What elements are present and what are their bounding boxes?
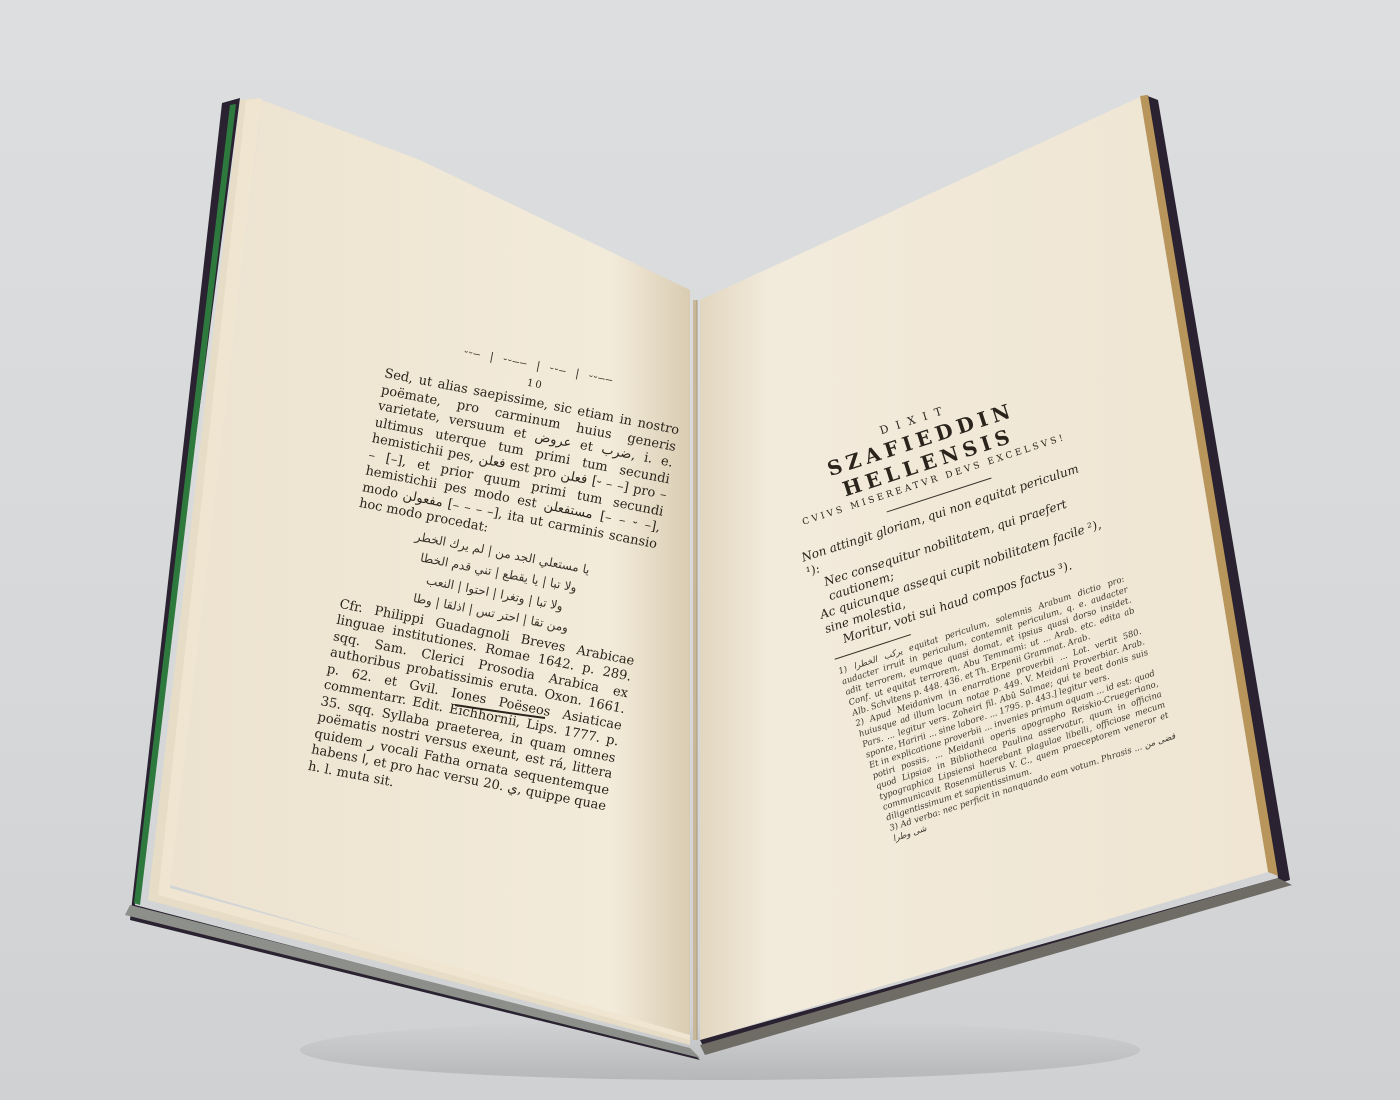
open-book: ⏑⏑– | ⏑⏑–– | ⏑⏑– | ⏑⏑–– 10 Sed, ut alias… (0, 0, 1400, 1100)
book-shape (0, 0, 1400, 1100)
